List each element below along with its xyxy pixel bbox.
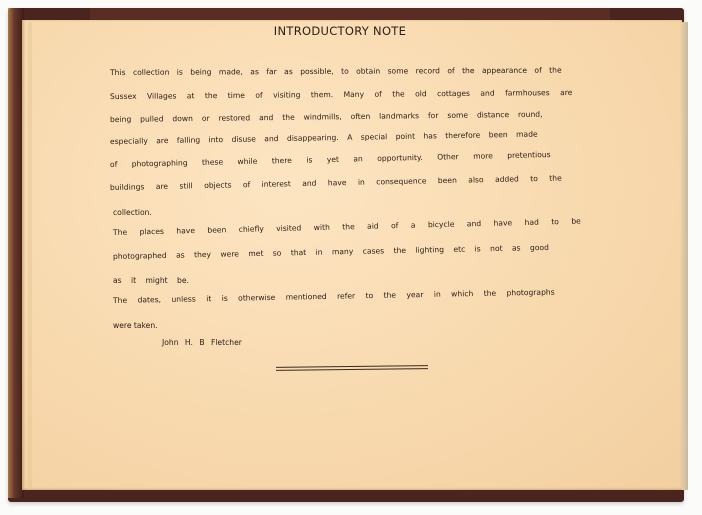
signature: John H. B Fletcher [162,338,242,347]
cover-top-band [90,8,610,20]
page-inner-edge [28,22,32,488]
text-line: were taken. [113,321,158,330]
text-line: as it might be. [113,276,189,285]
text-line: collection. [113,208,152,217]
page-title: INTRODUCTORY NOTE [0,24,680,38]
